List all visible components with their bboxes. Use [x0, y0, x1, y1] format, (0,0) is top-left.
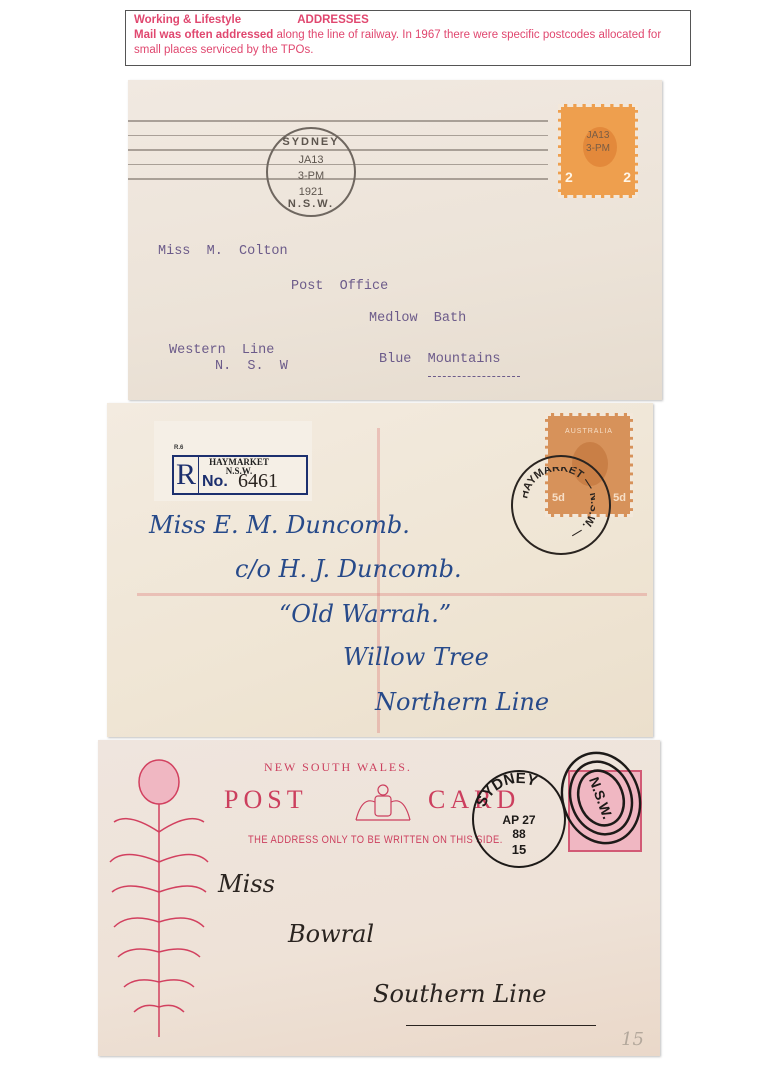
address-line: “Old Warrah.” [279, 600, 451, 628]
address-line: Southern Line [373, 980, 546, 1008]
caption-lead: Mail was often addressed [134, 29, 273, 41]
postcard-state: NEW SOUTH WALES. [218, 760, 458, 775]
caption-text: Mail was often addressed along the line … [134, 28, 682, 58]
postcard-post: POST [224, 785, 308, 815]
address-line: c/o H. J. Duncomb. [235, 555, 462, 583]
address-line: Miss [218, 870, 275, 898]
svg-text:88: 88 [512, 827, 526, 841]
svg-text:SYDNEY: SYDNEY [474, 772, 539, 810]
route-line: N. S. W [215, 359, 288, 374]
kgv-2d-stamp: JA133-PM 2 2 [558, 104, 638, 198]
cover-2-envelope: R.6 R HAYMARKETN.S.W. No. 6461 AUSTRALIA… [107, 403, 653, 737]
page-title: ADDRESSES [297, 14, 369, 26]
postcard-note: THE ADDRESS ONLY TO BE WRITTEN ON THIS S… [248, 834, 503, 846]
caption-box: Working & Lifestyle ADDRESSES Mail was o… [125, 10, 691, 66]
haymarket-postmark: HAYMARKET — N.S.W. — [511, 455, 611, 555]
cover-1-envelope: SYDNEY JA13 3-PM 1921 N.S.W. JA133-PM 2 … [128, 80, 662, 400]
underline [428, 376, 520, 377]
address-line: Bowral [288, 920, 374, 948]
svg-text:HAYMARKET — N.S.W. —: HAYMARKET — N.S.W. — [523, 467, 595, 539]
svg-text:AP 27: AP 27 [502, 813, 535, 827]
registration-line [137, 593, 647, 596]
cover-3-postcard: NEW SOUTH WALES. POST CARD THE ADDRESS O… [98, 740, 660, 1056]
route-line: Western Line [169, 343, 274, 358]
pencil-price-note: 15 [621, 1029, 644, 1050]
waratah-flower-icon [104, 752, 214, 1042]
underline [406, 1025, 596, 1026]
nsw-oval-cancel: N.S.W. [558, 748, 644, 848]
address-line: Miss E. M. Duncomb. [149, 511, 410, 539]
registration-label: R.6 R HAYMARKETN.S.W. No. 6461 [154, 421, 312, 501]
address-line: Blue Mountains [379, 352, 501, 367]
address-line: Willow Tree [343, 643, 489, 671]
svg-text:N.S.W.: N.S.W. [586, 775, 616, 821]
svg-text:15: 15 [512, 842, 526, 857]
section-label: Working & Lifestyle [134, 13, 294, 28]
address-line: Miss M. Colton [158, 244, 288, 259]
registration-number: 6461 [238, 470, 278, 493]
sydney-postmark: SYDNEY JA13 3-PM 1921 N.S.W. [266, 127, 356, 217]
address-line: Medlow Bath [369, 311, 466, 326]
address-line: Northern Line [375, 688, 549, 716]
coat-of-arms-icon [348, 782, 418, 824]
address-line: Post Office [291, 279, 388, 294]
sydney-postmark-1888: SYDNEY AP 27 88 15 [472, 770, 566, 868]
